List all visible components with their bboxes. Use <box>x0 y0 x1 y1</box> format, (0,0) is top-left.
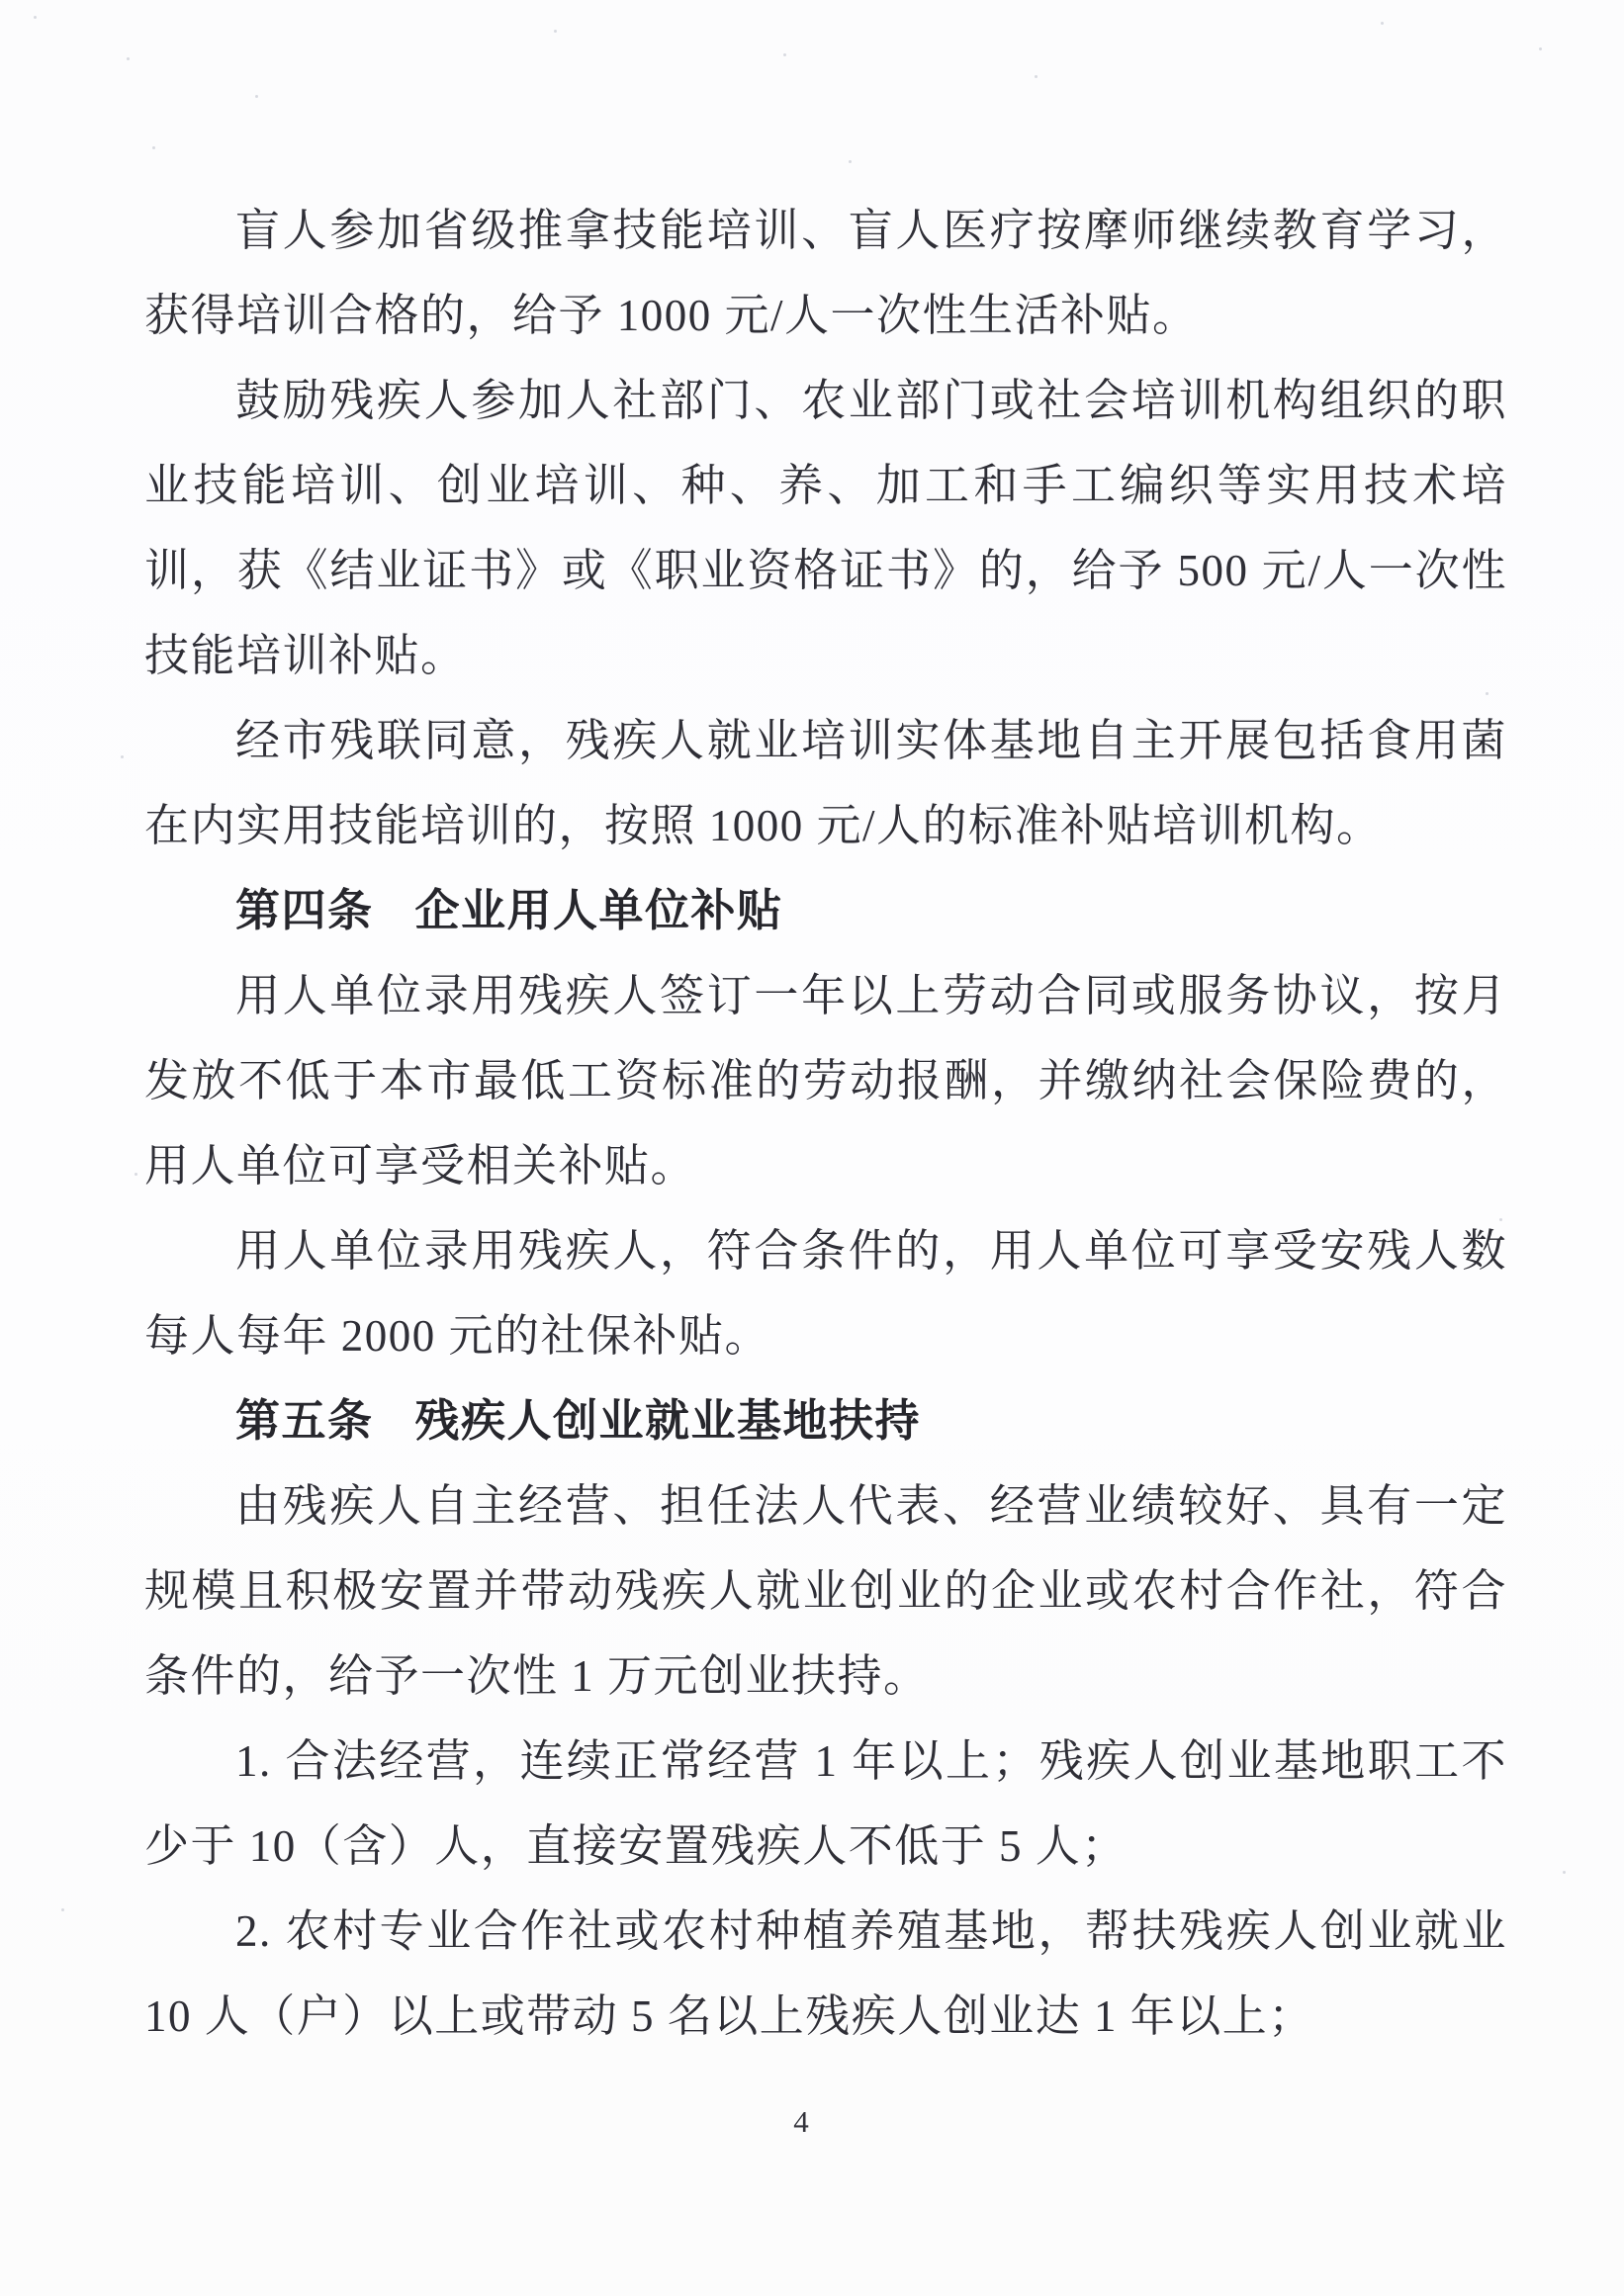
scan-speckle <box>1381 22 1384 25</box>
article-number: 第四条 <box>235 886 374 935</box>
scan-speckle <box>61 1908 64 1911</box>
scan-speckle <box>1563 1871 1566 1874</box>
paragraph-social-insurance-subsidy: 用人单位录用残疾人，符合条件的，用人单位可享受安残人数每人每年 2000 元的社… <box>144 1208 1507 1378</box>
scan-speckle <box>135 1173 137 1176</box>
paragraph-training-base-subsidy: 经市残联同意，残疾人就业培训实体基地自主开展包括食用菌在内实用技能培训的，按照 … <box>144 698 1507 868</box>
scan-speckle <box>34 16 37 19</box>
article-heading-4: 第四条企业用人单位补贴 <box>144 868 1507 953</box>
scan-speckle <box>1035 75 1038 78</box>
scan-speckle <box>121 755 124 758</box>
scan-speckle <box>127 57 130 60</box>
scan-speckle <box>1539 47 1542 50</box>
document-page: 盲人参加省级推拿技能培训、盲人医疗按摩师继续教育学习，获得培训合格的，给予 10… <box>0 0 1624 2296</box>
paragraph-condition-1: 1. 合法经营，连续正常经营 1 年以上；残疾人创业基地职工不少于 10（含）人… <box>144 1719 1507 1889</box>
document-body: 盲人参加省级推拿技能培训、盲人医疗按摩师继续教育学习，获得培训合格的，给予 10… <box>144 188 1507 2059</box>
article-title: 残疾人创业就业基地扶持 <box>415 1396 922 1446</box>
scan-speckle <box>255 95 258 98</box>
scan-speckle <box>783 53 786 56</box>
paragraph-blind-massage-training-subsidy: 盲人参加省级推拿技能培训、盲人医疗按摩师继续教育学习，获得培训合格的，给予 10… <box>144 188 1507 358</box>
page-number: 4 <box>0 2102 1602 2142</box>
paragraph-condition-2: 2. 农村专业合作社或农村种植养殖基地，帮扶残疾人创业就业 10 人（户）以上或… <box>144 1889 1507 2059</box>
scan-speckle <box>152 146 155 149</box>
article-title: 企业用人单位补贴 <box>415 886 783 935</box>
paragraph-employer-contract-subsidy: 用人单位录用残疾人签订一年以上劳动合同或服务协议，按月发放不低于本市最低工资标准… <box>144 953 1507 1208</box>
paragraph-startup-base-support: 由残疾人自主经营、担任法人代表、经营业绩较好、具有一定规模且积极安置并带动残疾人… <box>144 1463 1507 1719</box>
scan-speckle <box>849 160 852 163</box>
article-heading-5: 第五条残疾人创业就业基地扶持 <box>144 1378 1507 1463</box>
paragraph-vocational-skill-training-subsidy: 鼓励残疾人参加人社部门、农业部门或社会培训机构组织的职业技能培训、创业培训、种、… <box>144 358 1507 698</box>
article-number: 第五条 <box>235 1396 374 1446</box>
scan-speckle <box>554 30 557 33</box>
